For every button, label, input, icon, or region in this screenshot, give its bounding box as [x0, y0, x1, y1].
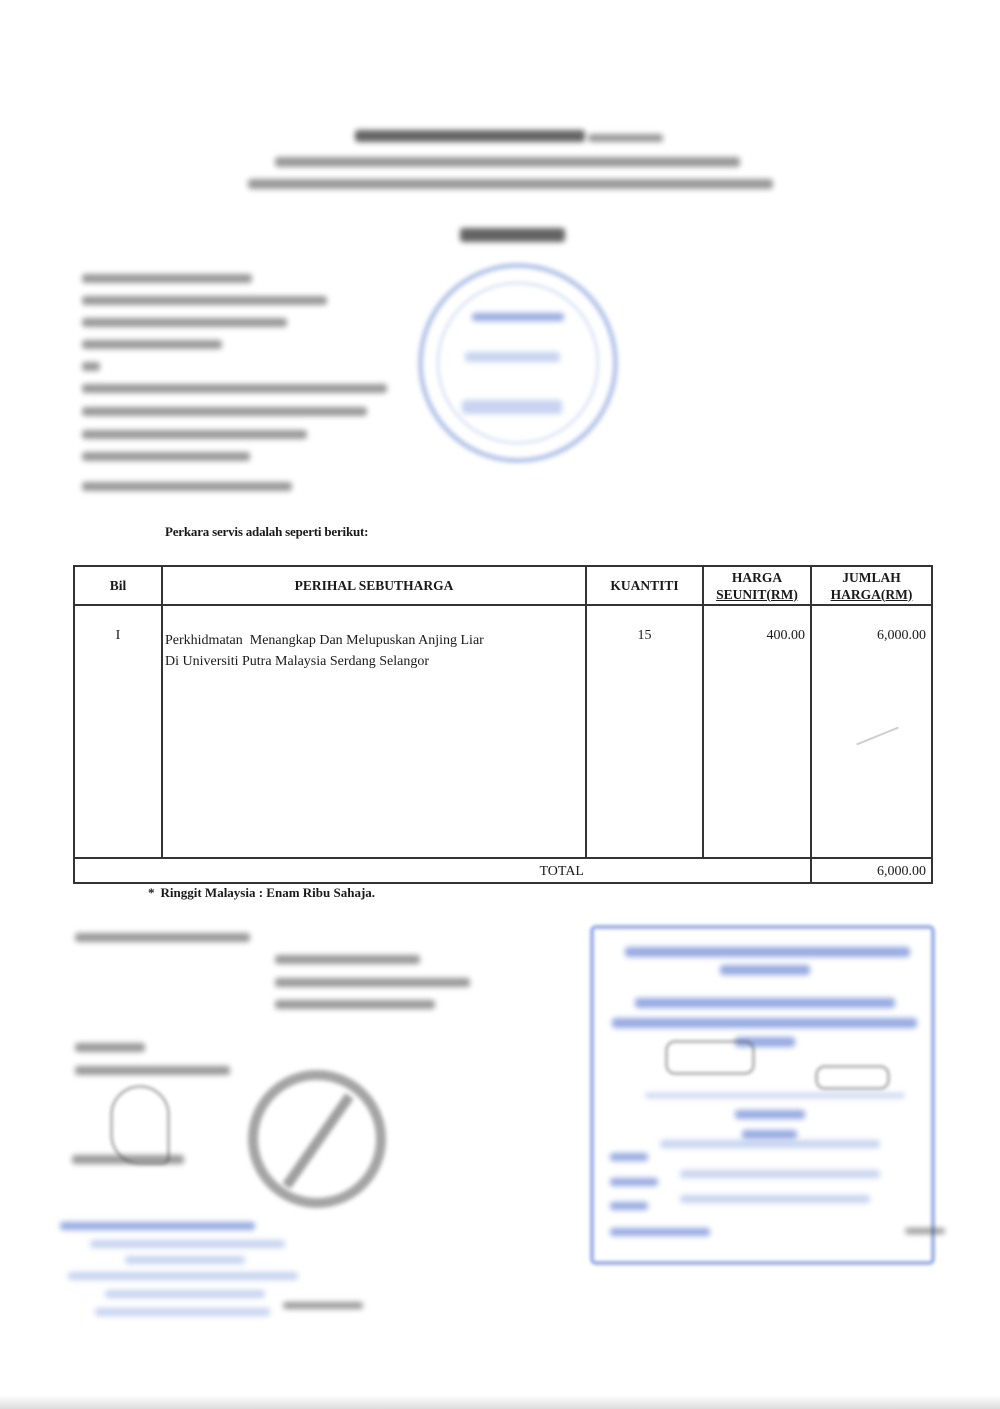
- verification-line-redacted: [645, 1093, 905, 1098]
- company-contact-redacted: [248, 179, 773, 189]
- row-description: Perkhidmatan Menangkap Dan Melupuskan An…: [162, 605, 586, 858]
- meta-date-redacted: [82, 274, 252, 283]
- officer-line5-redacted: [105, 1290, 265, 1298]
- verification-name-label-redacted: [610, 1153, 648, 1161]
- row-total-price: 6,000.00: [811, 605, 932, 858]
- recipient-line1-redacted: [82, 384, 387, 393]
- table-row: I Perkhidmatan Menangkap Dan Melupuskan …: [74, 605, 932, 858]
- recipient-line4-redacted: [82, 452, 250, 461]
- row-description-line1: Perkhidmatan Menangkap Dan Melupuskan An…: [165, 630, 585, 651]
- header-unit-price-line2: SEUNIT(RM): [706, 586, 808, 603]
- payment-note-redacted: [75, 933, 250, 942]
- meta-invoice-no-redacted: [82, 296, 327, 305]
- row-description-line2: Di Universiti Putra Malaysia Serdang Sel…: [165, 651, 585, 672]
- stamp-date-redacted: [465, 352, 560, 362]
- verification-role-redacted: [735, 1110, 805, 1119]
- meta-ref-redacted: [82, 318, 287, 327]
- account-no-redacted: [275, 1000, 435, 1009]
- verification-date-label-redacted: [610, 1202, 648, 1210]
- stamp-footer-redacted: [462, 400, 562, 414]
- row-unit-price: 400.00: [703, 605, 811, 858]
- amount-in-words-text: Ringgit Malaysia : Enam Ribu Sahaja.: [161, 885, 376, 900]
- authorised-company-redacted: [75, 1066, 230, 1075]
- document-title-redacted: [460, 228, 565, 242]
- verification-date-redacted: [680, 1195, 870, 1203]
- page-edge: [0, 1395, 1000, 1409]
- authorised-label-redacted: [75, 1043, 145, 1052]
- company-name-redacted: [355, 130, 585, 142]
- intro-text: Perkara servis adalah seperti berikut:: [165, 524, 368, 540]
- row-quantity: 15: [586, 605, 703, 858]
- invoice-table: Bil PERIHAL SEBUTHARGA KUANTITI HARGA SE…: [73, 565, 933, 884]
- officer-line4-redacted: [68, 1272, 298, 1280]
- received-stamp: [418, 263, 618, 463]
- header-unit-price: HARGA SEUNIT(RM): [703, 566, 811, 605]
- signature: [110, 1085, 170, 1165]
- header-description: PERIHAL SEBUTHARGA: [162, 566, 586, 605]
- page-number-redacted: [905, 1228, 945, 1234]
- recipient-to-redacted: [82, 362, 100, 371]
- bank-account-name-redacted: [275, 955, 420, 964]
- meta-terms-redacted: [82, 340, 222, 349]
- total-row: TOTAL 6,000.00: [74, 858, 932, 883]
- header-total-price: JUMLAH HARGA(RM): [811, 566, 932, 605]
- recipient-line2-redacted: [82, 407, 367, 416]
- stamp-text-redacted: [472, 313, 564, 321]
- header-bil: Bil: [74, 566, 162, 605]
- verification-stamp-label-redacted: [610, 1228, 710, 1236]
- verification-title-line1-redacted: [625, 947, 910, 957]
- verification-signature-2: [815, 1065, 890, 1090]
- header-unit-price-line1: HARGA: [706, 569, 808, 586]
- verification-title-line2-redacted: [720, 965, 810, 975]
- verification-name-redacted: [660, 1140, 880, 1148]
- company-reg-redacted: [588, 134, 663, 142]
- header-total-price-line1: JUMLAH: [814, 569, 929, 586]
- attention-redacted: [82, 482, 292, 491]
- total-label: TOTAL: [74, 858, 811, 883]
- recipient-line3-redacted: [82, 430, 307, 439]
- officer-line2-redacted: [90, 1240, 285, 1248]
- officer-name-redacted: [60, 1222, 255, 1230]
- total-value: 6,000.00: [811, 858, 932, 883]
- company-address-redacted: [275, 157, 740, 167]
- verification-sign-label-redacted: [742, 1130, 797, 1139]
- header-quantity: KUANTITI: [586, 566, 703, 605]
- header-total-price-line2: HARGA(RM): [814, 586, 929, 603]
- amount-in-words: *Ringgit Malaysia : Enam Ribu Sahaja.: [148, 885, 375, 901]
- verification-text-line1-redacted: [635, 998, 895, 1008]
- bullet-icon: *: [148, 885, 155, 900]
- signatory-label-redacted: [72, 1155, 184, 1164]
- verification-position-label-redacted: [610, 1178, 658, 1186]
- table-header-row: Bil PERIHAL SEBUTHARGA KUANTITI HARGA SE…: [74, 566, 932, 605]
- officer-date-redacted: [283, 1302, 363, 1309]
- bank-name-redacted: [275, 978, 470, 987]
- verification-text-line2-redacted: [612, 1018, 917, 1028]
- officer-line3-redacted: [125, 1256, 245, 1264]
- row-bil: I: [74, 605, 162, 858]
- verification-signature: [665, 1040, 755, 1075]
- officer-line6-redacted: [95, 1308, 270, 1316]
- company-stamp: [248, 1070, 386, 1208]
- verification-position-redacted: [680, 1170, 880, 1178]
